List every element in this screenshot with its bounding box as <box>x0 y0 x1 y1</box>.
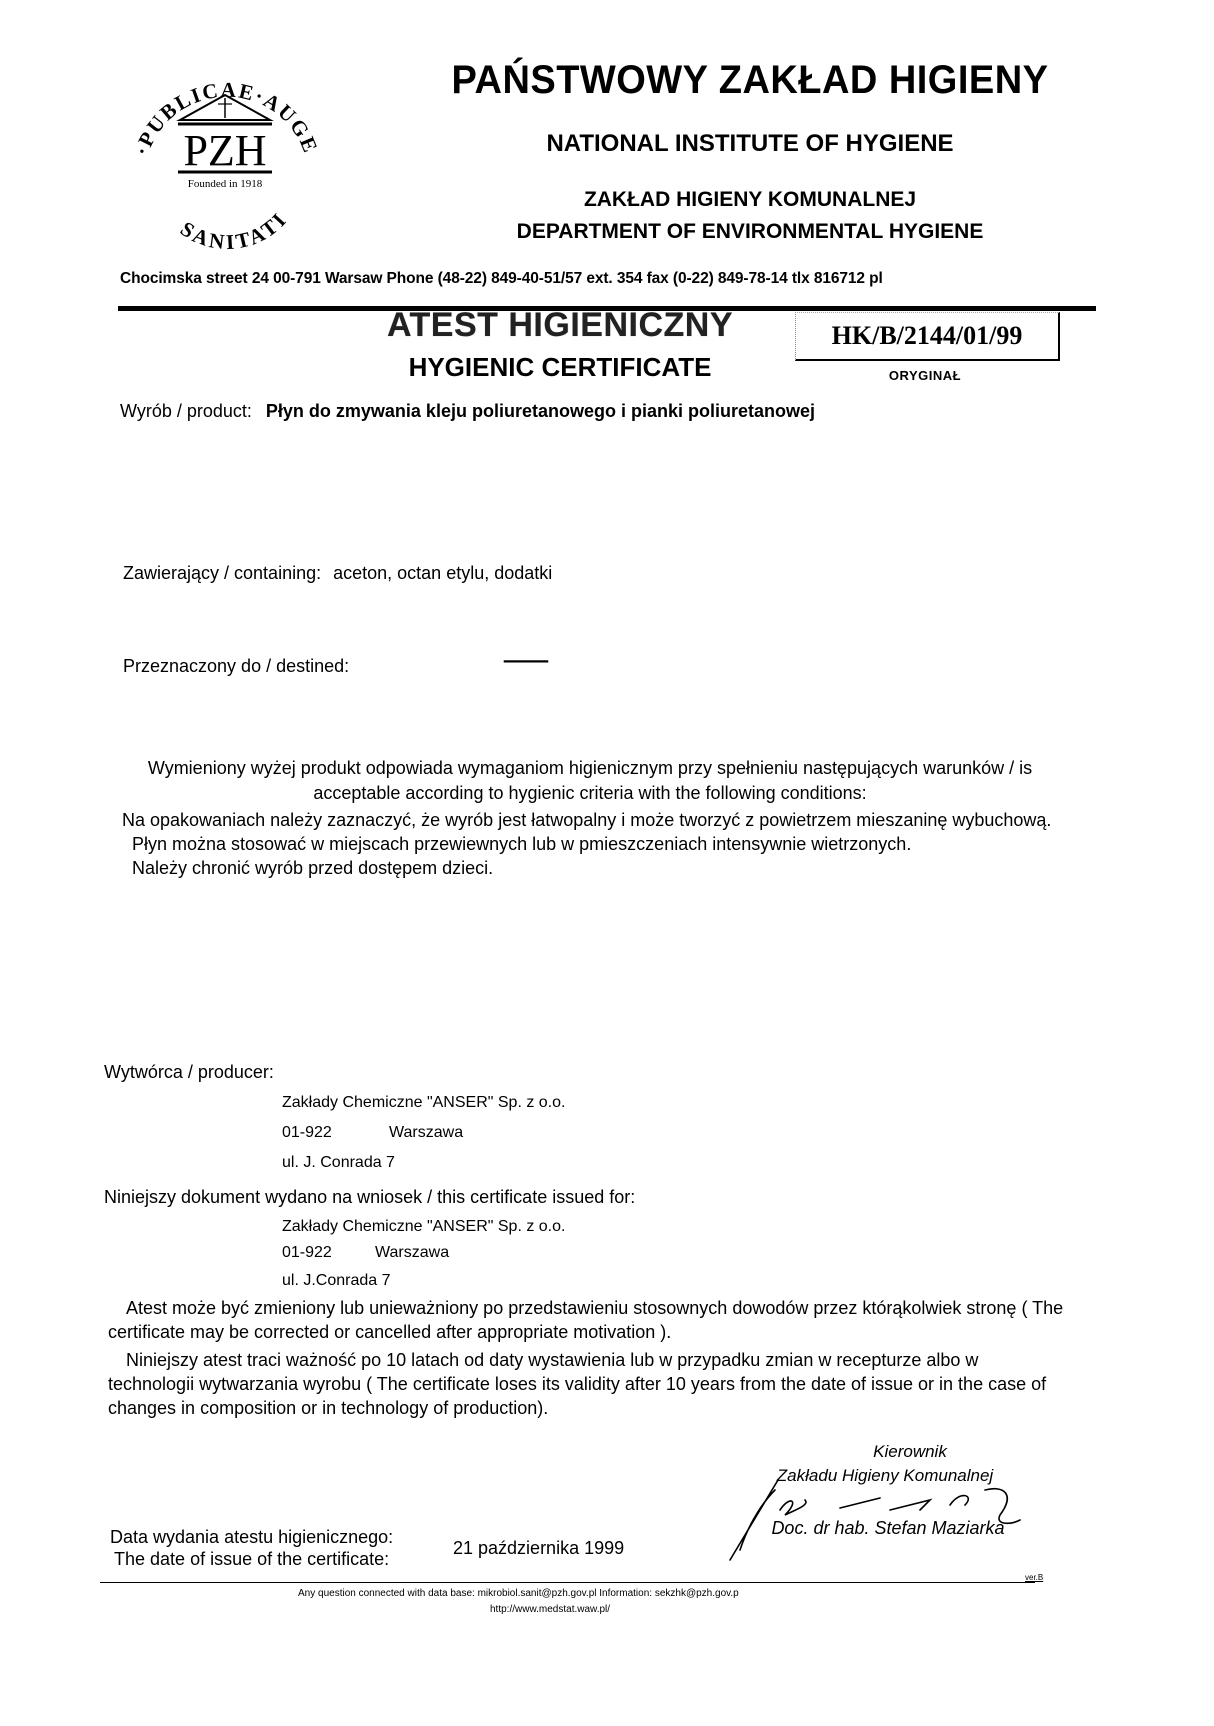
producer-postcode: 01-922 <box>282 1124 332 1142</box>
certificate-number: HK/B/2144/01/99 <box>832 321 1023 351</box>
certificate-title-pl: ATEST HIGIENICZNY <box>340 306 780 345</box>
signatory-name: Doc. dr hab. Stefan Maziarka <box>748 1518 1028 1539</box>
producer-name: Zakłady Chemiczne "ANSER" Sp. z o.o. <box>282 1094 565 1112</box>
note-item: Atest może być zmieniony lub unieważnion… <box>108 1296 1068 1344</box>
destined-row: Przeznaczony do / destined:----------- <box>123 656 349 677</box>
destined-label: Przeznaczony do / destined: <box>123 656 349 676</box>
issue-date-value: 21 października 1999 <box>453 1538 624 1559</box>
original-stamp: ORYGINAŁ <box>800 368 1050 383</box>
footer-divider <box>100 1582 1035 1583</box>
certificate-number-box: HK/B/2144/01/99 <box>795 312 1060 361</box>
producer-city: Warszawa <box>389 1124 463 1142</box>
issue-date-label-pl: Data wydania atestu higienicznego: <box>110 1526 393 1548</box>
conditions-list: Na opakowaniach należy zaznaczyć, że wyr… <box>132 808 1072 880</box>
containing-label: Zawierający / containing: <box>123 563 321 583</box>
institute-address: Chocimska street 24 00-791 Warsaw Phone … <box>120 270 1100 288</box>
product-row: Wyrób / product:Płyn do zmywania kleju p… <box>120 401 815 422</box>
footer-url[interactable]: http://www.medstat.waw.pl/ <box>490 1604 610 1615</box>
producer-street: ul. J. Conrada 7 <box>282 1154 395 1172</box>
note-item: Niniejszy atest traci ważność po 10 lata… <box>108 1348 1068 1420</box>
containing-row: Zawierający / containing:aceton, octan e… <box>123 563 552 584</box>
pzh-seal-logo: ·PUBLICAE·AUGENDAE SANITATI · PZH Founde… <box>120 60 330 250</box>
version-mark: ver.B <box>1025 1573 1043 1582</box>
legal-notes: Atest może być zmieniony lub unieważnion… <box>108 1296 1068 1424</box>
certificate-title-en: HYGIENIC CERTIFICATE <box>340 352 780 383</box>
seal-founded: Founded in 1918 <box>188 178 263 190</box>
product-label: Wyrób / product: <box>120 401 252 421</box>
producer-label: Wytwórca / producer: <box>104 1062 274 1083</box>
issue-date-labels: Data wydania atestu higienicznego: The d… <box>110 1526 393 1570</box>
product-value: Płyn do zmywania kleju poliuretanowego i… <box>266 401 815 421</box>
issued-for-postcode: 01-922 <box>282 1244 332 1262</box>
signatory-title: Kierownik <box>840 1442 980 1462</box>
issued-for-street: ul. J.Conrada 7 <box>282 1272 391 1290</box>
issued-for-city: Warszawa <box>375 1244 449 1262</box>
institute-name-en: NATIONAL INSTITUTE OF HYGIENE <box>390 130 1110 158</box>
issued-for-label: Niniejszy dokument wydano na wniosek / t… <box>104 1187 635 1208</box>
department-name-pl: ZAKŁAD HIGIENY KOMUNALNEJ <box>390 188 1110 212</box>
seal-monogram: PZH <box>183 126 266 175</box>
issued-for-name: Zakłady Chemiczne "ANSER" Sp. z o.o. <box>282 1218 565 1236</box>
condition-item: Na opakowaniach należy zaznaczyć, że wyr… <box>132 808 1072 856</box>
containing-value: aceton, octan etylu, dodatki <box>333 563 552 583</box>
department-name-en: DEPARTMENT OF ENVIRONMENTAL HYGIENE <box>390 220 1110 244</box>
institute-name-pl: PAŃSTWOWY ZAKŁAD HIGIENY <box>408 58 1092 103</box>
destined-value: ----------- <box>503 650 547 671</box>
issue-date-label-en: The date of issue of the certificate: <box>110 1548 393 1570</box>
footer-contact: Any question connected with data base: m… <box>298 1588 739 1599</box>
conditions-intro: Wymieniony wyżej produkt odpowiada wymag… <box>120 756 1060 806</box>
condition-item: Należy chronić wyrób przed dostępem dzie… <box>132 856 1072 880</box>
